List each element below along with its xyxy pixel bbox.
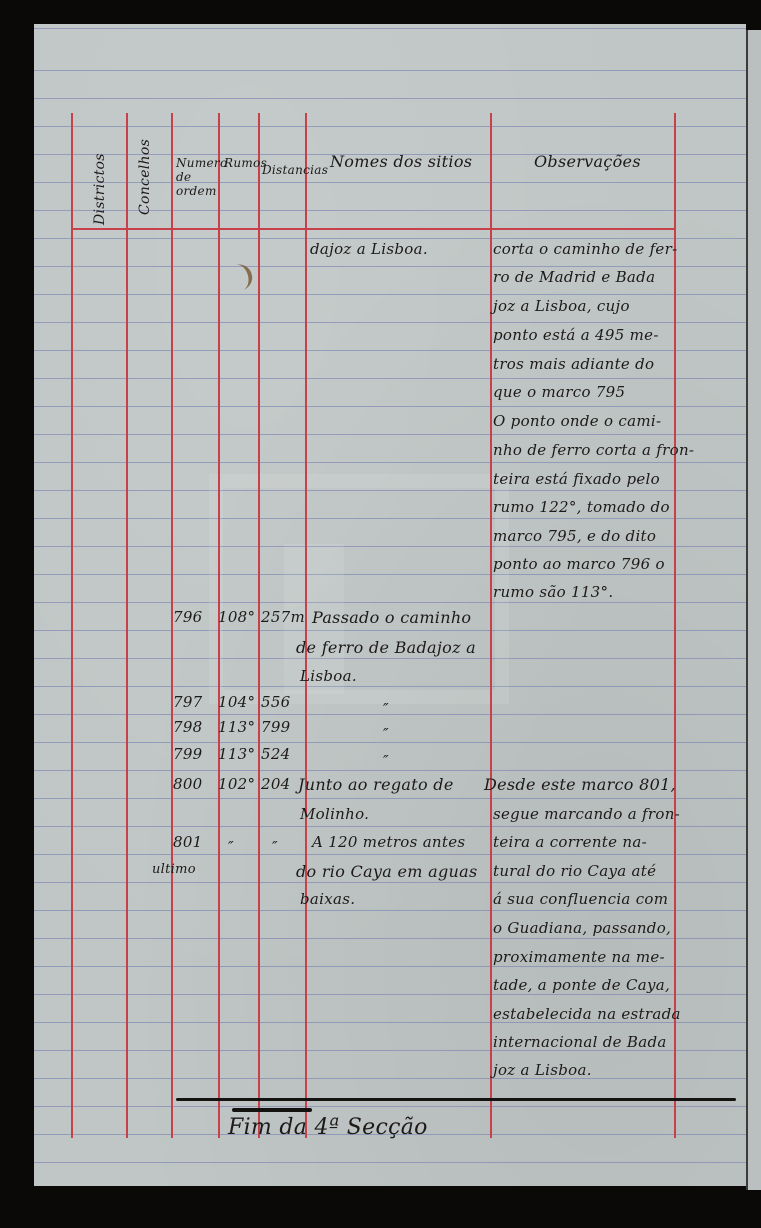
column-rule	[674, 113, 676, 1138]
section-end-text: Fim da 4ª Secção	[228, 1115, 428, 1140]
observation-line: rumo 122°, tomado do	[493, 498, 670, 516]
header-order-number: Numero de ordem	[176, 156, 216, 198]
row-site-ditto: ″	[383, 700, 389, 718]
row-number: 799	[173, 745, 203, 763]
closing-rule	[176, 1098, 736, 1101]
column-rule	[305, 113, 307, 1138]
header-observations: Observações	[534, 152, 641, 171]
row-bearing: 113°	[218, 718, 255, 736]
row-bearing: 102°	[218, 775, 255, 793]
row-number: 797	[173, 693, 203, 711]
column-rule	[258, 113, 260, 1138]
observation-line: marco 795, e do dito	[493, 527, 656, 545]
row-number: 796	[173, 608, 203, 626]
row-number: 800	[173, 775, 203, 793]
observation-line: estabelecida na estrada	[493, 1005, 681, 1023]
observation-line: joz a Lisboa, cujo	[493, 297, 630, 315]
observation-line: ponto está a 495 me-	[493, 326, 659, 344]
observation-line: joz a Lisboa.	[493, 1061, 592, 1079]
header-distance: Distancias	[262, 160, 306, 180]
observation-line: proximamente na me-	[493, 948, 665, 966]
row-site-line: A 120 metros antes	[312, 833, 465, 851]
header-bearing: Rumos	[224, 156, 267, 170]
row-distance: 524	[261, 745, 291, 763]
header-districts: Districtos	[92, 153, 108, 225]
header-rule	[71, 228, 675, 230]
observation-line: segue marcando a fron-	[493, 805, 680, 823]
row-distance: 556	[261, 693, 291, 711]
observation-line: ponto ao marco 796 o	[493, 555, 665, 573]
row-site-line: Passado o caminho	[312, 608, 471, 627]
observation-line: tros mais adiante do	[493, 355, 654, 373]
row-number-note: ultimo	[152, 862, 196, 877]
next-page-edge	[746, 30, 761, 1190]
observation-line: rumo são 113°.	[493, 583, 613, 601]
watermark-frame	[209, 474, 509, 704]
row-site-line: Junto ao regato de	[298, 775, 454, 794]
column-rule	[126, 113, 128, 1138]
row-site-line: Lisboa.	[300, 667, 357, 685]
row-distance: 257m	[261, 608, 305, 626]
observation-line: Desde este marco 801,	[484, 775, 676, 794]
row-bearing: ″	[228, 838, 234, 856]
row-site-ditto: ″	[383, 752, 389, 770]
observation-line: tade, a ponte de Caya,	[493, 976, 670, 994]
closing-flourish	[232, 1108, 312, 1112]
row-distance: ″	[272, 838, 278, 856]
observation-line: á sua confluencia com	[493, 890, 668, 908]
row-distance: 799	[261, 718, 291, 736]
carryover-site: dajoz a Lisboa.	[310, 240, 428, 258]
observation-line: teira está fixado pelo	[493, 470, 660, 488]
observation-line: internacional de Bada	[493, 1033, 667, 1051]
row-distance: 204	[261, 775, 291, 793]
observation-line: nho de ferro corta a fron-	[493, 441, 694, 459]
row-site-line: do rio Caya em aguas	[296, 862, 477, 881]
observation-line: teira a corrente na-	[493, 833, 647, 851]
row-site-line: baixas.	[300, 890, 355, 908]
observation-line: O ponto onde o cami-	[493, 412, 661, 430]
row-bearing: 104°	[218, 693, 255, 711]
observation-line: o Guadiana, passando,	[493, 919, 671, 937]
observation-line: que o marco 795	[493, 383, 625, 401]
row-number: 798	[173, 718, 203, 736]
row-bearing: 113°	[218, 745, 255, 763]
header-site-names: Nomes dos sitios	[330, 152, 472, 171]
header-councils: Concelhos	[137, 139, 153, 215]
observation-line: corta o caminho de fer-	[493, 240, 677, 258]
row-bearing: 108°	[218, 608, 255, 626]
column-rule	[490, 113, 492, 1138]
row-site-ditto: ″	[383, 725, 389, 743]
row-site-line: Molinho.	[300, 805, 369, 823]
row-site-line: de ferro de Badajoz a	[296, 638, 476, 657]
observation-line: ro de Madrid e Bada	[493, 268, 655, 286]
row-number: 801	[173, 833, 203, 851]
observation-line: tural do rio Caya até	[493, 862, 656, 880]
column-rule	[71, 113, 73, 1138]
